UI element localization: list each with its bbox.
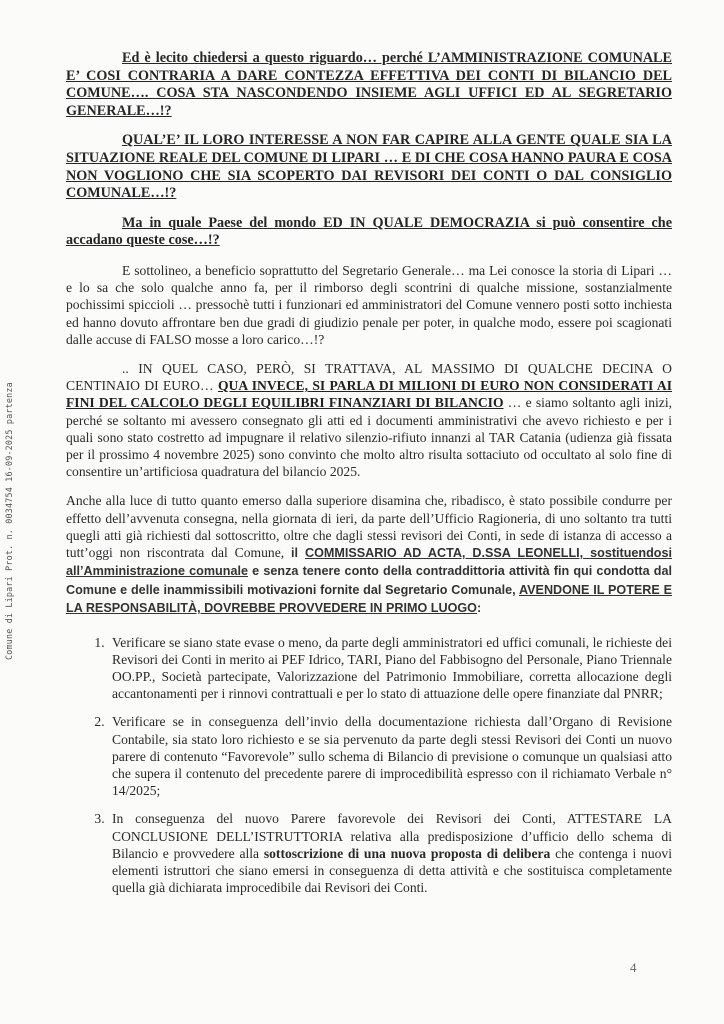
heading-question-2: QUAL’E’ IL LORO INTERESSE A NON FAR CAPI… bbox=[66, 132, 672, 202]
action-list: Verificare se siano state evase o meno, … bbox=[66, 634, 672, 897]
document-page: Ed è lecito chiedersi a questo riguardo…… bbox=[66, 50, 672, 907]
page-number: 4 bbox=[630, 960, 637, 976]
list-item: Verificare se siano state evase o meno, … bbox=[108, 634, 672, 703]
p3-end: : bbox=[477, 601, 481, 615]
p3-il: il bbox=[291, 546, 305, 560]
paragraph-milioni: .. IN QUEL CASO, PERÒ, SI TRATTAVA, AL M… bbox=[66, 360, 672, 480]
list-item-text: Verificare se siano state evase o meno, … bbox=[112, 635, 672, 702]
list-item: Verificare se in conseguenza dell’invio … bbox=[108, 713, 672, 799]
list-item-text: Verificare se in conseguenza dell’invio … bbox=[112, 714, 672, 798]
heading-question-1: Ed è lecito chiedersi a questo riguardo…… bbox=[66, 50, 672, 120]
paragraph-segretario: E sottolineo, a beneficio soprattutto de… bbox=[66, 262, 672, 348]
protocol-stamp: Comune di Lipari Prot. n. 0034754 16-09-… bbox=[4, 382, 14, 660]
list-item: In conseguenza del nuovo Parere favorevo… bbox=[108, 810, 672, 896]
paragraph-commissario: Anche alla luce di tutto quanto emerso d… bbox=[66, 492, 672, 617]
heading-question-3: Ma in quale Paese del mondo ED IN QUALE … bbox=[66, 215, 672, 250]
list-item-bold: sottoscrizione di una nuova proposta di … bbox=[264, 846, 551, 861]
